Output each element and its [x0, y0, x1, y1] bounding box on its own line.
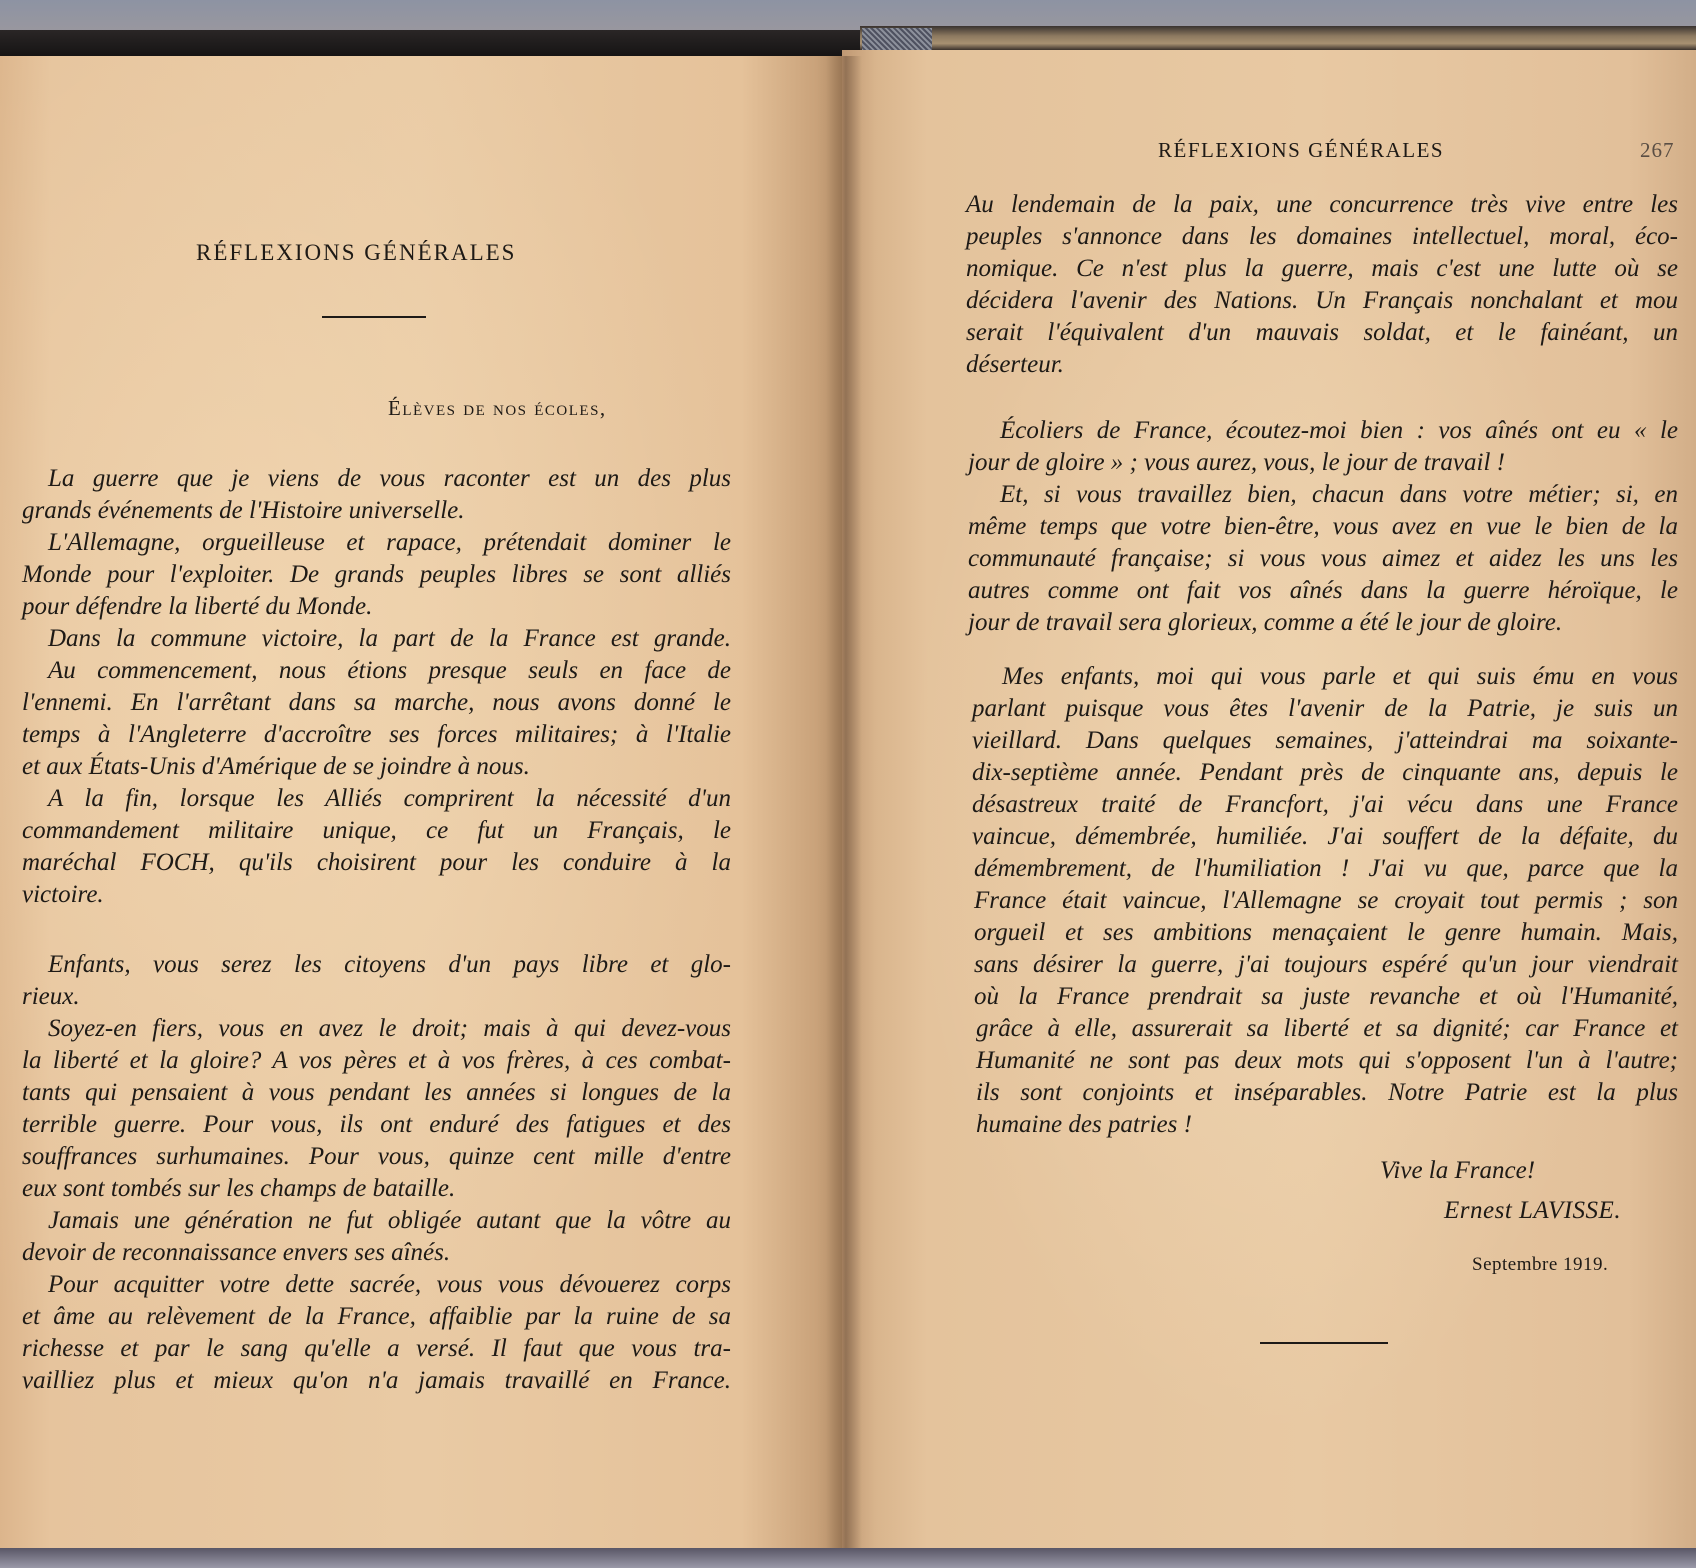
body-line: Pour acquitter votre dette sacrée, vous … — [48, 1270, 731, 1300]
body-line: Enfants, vous serez les citoyens d'un pa… — [48, 950, 731, 980]
scanner-background-bottom — [0, 1548, 1696, 1568]
book-gutter — [826, 56, 862, 1548]
body-line: l'ennemi. En l'arrêtant dans sa marche, … — [22, 688, 731, 718]
body-line: ils sont conjoints et inséparables. Notr… — [976, 1078, 1678, 1108]
body-line: vieillard. Dans quelques semaines, j'att… — [972, 726, 1678, 756]
body-line: Monde pour l'exploiter. De grands peuple… — [22, 560, 731, 590]
body-line: Humanité ne sont pas deux mots qui s'opp… — [976, 1046, 1678, 1076]
body-line: devoir de reconnaissance envers ses aîné… — [22, 1238, 512, 1268]
body-line: Au lendemain de la paix, une concurrence… — [966, 190, 1678, 220]
body-line: commandement militaire unique, ce fut un… — [22, 816, 731, 846]
date: Septembre 1919. — [1472, 1254, 1608, 1276]
body-line: pour défendre la liberté du Monde. — [22, 592, 422, 622]
body-line: souffrances surhumaines. Pour vous, quin… — [22, 1142, 731, 1172]
body-line: Et, si vous travaillez bien, chacun dans… — [1000, 480, 1678, 510]
body-line: où la France prendrait sa juste revanche… — [974, 982, 1678, 1012]
body-line: vaincue, démembrée, humiliée. J'ai souff… — [972, 822, 1678, 852]
signature: Ernest LAVISSE. — [1444, 1196, 1621, 1226]
running-head: RÉFLEXIONS GÉNÉRALES — [1158, 138, 1444, 163]
body-line: Écoliers de France, écoutez-moi bien : v… — [1000, 416, 1678, 446]
body-line: peuples s'annonce dans les domaines inte… — [966, 222, 1678, 252]
body-line: nomique. Ce n'est plus la guerre, mais c… — [966, 254, 1678, 284]
body-line: terrible guerre. Pour vous, ils ont endu… — [22, 1110, 731, 1140]
body-line: sans désirer la guerre, j'ai toujours es… — [974, 950, 1678, 980]
body-line: vailliez plus et mieux qu'on n'a jamais … — [22, 1366, 731, 1396]
body-line: tants qui pensaient à vous pendant les a… — [22, 1078, 731, 1108]
body-line: même temps que votre bien-être, vous ave… — [968, 512, 1678, 542]
body-line: temps à l'Angleterre d'accroître ses for… — [22, 720, 731, 750]
body-line: communauté française; si vous vous aimez… — [968, 544, 1678, 574]
body-line: Jamais une génération ne fut obligée aut… — [48, 1206, 731, 1236]
body-line: Dans la commune victoire, la part de la … — [48, 624, 731, 654]
body-line: L'Allemagne, orgueilleuse et rapace, pré… — [48, 528, 731, 558]
body-line: eux sont tombés sur les champs de batail… — [22, 1174, 522, 1204]
body-line: richesse et par le sang qu'elle a versé.… — [22, 1334, 731, 1364]
body-line: Au commencement, nous étions presque seu… — [48, 656, 731, 686]
closing-rule — [1260, 1342, 1388, 1344]
body-line: La guerre que je viens de vous raconter … — [48, 464, 731, 494]
body-line: grâce à elle, assurerait sa liberté et s… — [976, 1014, 1678, 1044]
salutation: Élèves de nos écoles, — [388, 396, 607, 421]
body-line: et âme au relèvement de la France, affai… — [22, 1302, 731, 1332]
page-title: RÉFLEXIONS GÉNÉRALES — [196, 240, 516, 266]
body-line: victoire. — [22, 880, 122, 910]
body-line: rieux. — [22, 982, 102, 1012]
body-line: désastreux traité de Francfort, j'ai véc… — [972, 790, 1678, 820]
body-line: A la fin, lorsque les Alliés comprirent … — [48, 784, 731, 814]
body-line: jour de travail sera glorieux, comme a é… — [968, 608, 1648, 638]
body-line: déserteur. — [966, 350, 1086, 380]
body-line: humaine des patries ! — [976, 1110, 1236, 1140]
body-line: démembrement, de l'humiliation ! J'ai vu… — [974, 854, 1678, 884]
body-line: autres comme ont fait vos aînés dans la … — [968, 576, 1678, 606]
title-rule — [322, 316, 426, 318]
book-binding-edge-right — [860, 26, 1696, 51]
body-line: la liberté et la gloire? A vos pères et … — [22, 1046, 731, 1076]
body-line: orgueil et ses ambitions menaçaient le g… — [974, 918, 1678, 948]
body-line: Soyez-en fiers, vous en avez le droit; m… — [48, 1014, 731, 1044]
body-line: serait l'équivalent d'un mauvais soldat,… — [966, 318, 1678, 348]
book-binding-edge-left — [0, 30, 870, 57]
closing-line: Vive la France! — [1380, 1156, 1535, 1186]
page-number: 267 — [1640, 138, 1675, 163]
body-line: maréchal FOCH, qu'ils choisirent pour le… — [22, 848, 731, 878]
body-line: grands événements de l'Histoire universe… — [22, 496, 512, 526]
body-line: France était vaincue, l'Allemagne se cro… — [974, 886, 1678, 916]
body-line: dix-septième année. Pendant près de cinq… — [972, 758, 1678, 788]
body-line: et aux États-Unis d'Amérique de se joind… — [22, 752, 612, 782]
body-line: jour de gloire » ; vous aurez, vous, le … — [968, 448, 1528, 478]
body-line: Mes enfants, moi qui vous parle et qui s… — [1002, 662, 1678, 692]
body-line: décidera l'avenir des Nations. Un França… — [966, 286, 1678, 316]
body-line: parlant puisque vous êtes l'avenir de la… — [972, 694, 1678, 724]
